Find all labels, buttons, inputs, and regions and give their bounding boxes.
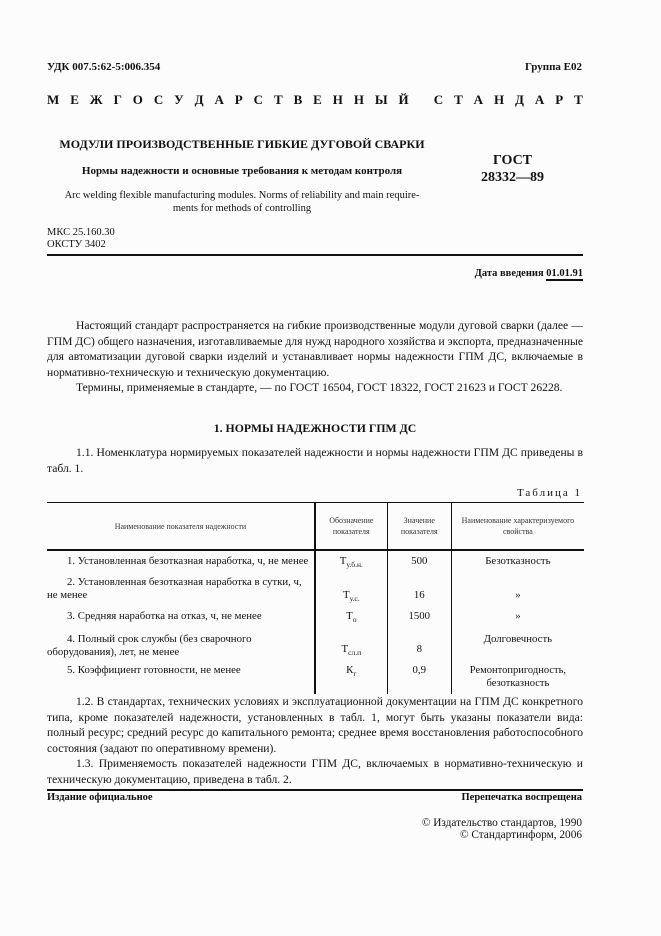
table-caption: Таблица 1: [517, 487, 582, 499]
footer-divider: [47, 789, 583, 791]
official-edition-label: Издание официальное: [47, 792, 153, 803]
reprint-prohibited-label: Перепечатка воспрещена: [462, 792, 582, 803]
banner-letter: Г: [114, 92, 122, 108]
indicator-property: Ремонтопригодность, безотказность: [451, 660, 584, 694]
indicator-name: 5. Коэффициент готовности, не менее: [47, 660, 315, 694]
document-title: МОДУЛИ ПРОИЗВОДСТВЕННЫЕ ГИБКИЕ ДУГОВОЙ С…: [47, 137, 437, 152]
col-header-property: Наименование характеризуемого свойства: [451, 503, 584, 551]
indicator-value: 8: [387, 628, 451, 660]
banner-letter: Н: [494, 92, 504, 108]
banner-letter: А: [535, 92, 544, 108]
banner-letter: Н: [354, 92, 364, 108]
indicator-symbol: Тсл.п: [315, 628, 387, 660]
clause-1-3-text: 1.3. Применяемость показателей надежност…: [47, 756, 583, 787]
indicator-symbol: Ту.с.: [315, 574, 387, 607]
introduction-date: Дата введения 01.01.91: [475, 268, 583, 279]
indicator-value: 500: [387, 550, 451, 574]
banner-letter: Ы: [375, 92, 388, 108]
banner-letter: Д: [195, 92, 204, 108]
banner-letter: Й: [399, 92, 409, 108]
intro-paragraph-1: Настоящий стандарт распространяется на г…: [47, 318, 583, 380]
indicator-value: 16: [387, 574, 451, 607]
banner-letter: Р: [555, 92, 563, 108]
banner-letter: С: [154, 92, 163, 108]
indicator-property: »: [451, 574, 584, 607]
intro-paragraph-2: Термины, применяемые в стандарте, — по Г…: [47, 380, 583, 396]
table-row: 5. Коэффициент готовности, не менее Кг 0…: [47, 660, 584, 694]
symbol-subscript: сл.п: [348, 648, 361, 657]
indicator-symbol: Кг: [315, 660, 387, 694]
banner-letter: М: [47, 92, 59, 108]
document-subtitle: Нормы надежности и основные требования к…: [47, 165, 437, 177]
copyright-line-1: © Издательство стандартов, 1990: [422, 817, 582, 829]
date-value: 01.01.91: [546, 268, 583, 281]
clauses-1-2-1-3: 1.2. В стандартах, технических условиях …: [47, 694, 583, 787]
table-row: 3. Средняя наработка на отказ, ч, не мен…: [47, 607, 584, 628]
banner-letter: Р: [235, 92, 243, 108]
intro-text: Настоящий стандарт распространяется на г…: [47, 318, 583, 396]
symbol-base: Т: [343, 589, 350, 601]
symbol-subscript: г: [353, 669, 356, 678]
indicator-value: 1500: [387, 607, 451, 628]
date-label: Дата введения: [475, 268, 544, 279]
banner-letter: Ж: [90, 92, 103, 108]
banner-letter: С: [254, 92, 263, 108]
mks-code: МКС 25.160.30: [47, 227, 115, 239]
english-title-line1: Arc welding flexible manufacturing modul…: [47, 189, 437, 202]
indicator-property: »: [451, 607, 584, 628]
banner-letter: А: [214, 92, 223, 108]
indicator-name: 4. Полный срок службы (без сварочного об…: [47, 628, 315, 660]
banner-letter: А: [474, 92, 483, 108]
symbol-subscript: о: [353, 615, 357, 624]
table-row: 2. Установленная безотказная наработка в…: [47, 574, 584, 607]
indicator-name: 2. Установленная безотказная наработка в…: [47, 574, 315, 607]
copyright-line-2: © Стандартинформ, 2006: [422, 829, 582, 841]
indicator-property: Долговечность: [451, 628, 584, 660]
col-header-symbol: Обозначение показателя: [315, 503, 387, 551]
indicator-symbol: Ту.б.н.: [315, 550, 387, 574]
banner-letter: С: [434, 92, 443, 108]
table-row: 1. Установленная безотказная наработка, …: [47, 550, 584, 574]
indicator-symbol: То: [315, 607, 387, 628]
banner-letter: Н: [333, 92, 343, 108]
table-header-row: Наименование показателя надежности Обозн…: [47, 503, 584, 551]
english-title-line2: ments for methods of controlling: [47, 202, 437, 215]
banner-letter: Е: [313, 92, 322, 108]
gost-label: ГОСТ: [460, 152, 565, 169]
header-divider: [47, 254, 583, 256]
clause-1-1: 1.1. Номенклатура нормируемых показателе…: [47, 445, 583, 476]
gost-designation: ГОСТ 28332—89: [460, 152, 565, 186]
okstu-code: ОКСТУ 3402: [47, 239, 115, 251]
indicator-value: 0,9: [387, 660, 451, 694]
banner-letter: У: [174, 92, 184, 108]
banner-letter: В: [294, 92, 303, 108]
banner-letter: [420, 92, 423, 108]
symbol-subscript: у.б.н.: [346, 560, 362, 569]
copyright-block: © Издательство стандартов, 1990 © Станда…: [422, 817, 582, 841]
interstate-standard-banner: МЕЖГОСУДАРСТВЕННЫЙ СТАНДАРТ: [47, 92, 583, 108]
clause-1-2-text: 1.2. В стандартах, технических условиях …: [47, 694, 583, 756]
col-header-indicator-name: Наименование показателя надежности: [47, 503, 315, 551]
banner-letter: Т: [574, 92, 583, 108]
english-title: Arc welding flexible manufacturing modul…: [47, 189, 437, 215]
col-header-value: Значение показателя: [387, 503, 451, 551]
section-1-heading: 1. НОРМЫ НАДЕЖНОСТИ ГПМ ДС: [47, 421, 583, 436]
banner-letter: О: [133, 92, 143, 108]
clause-1-1-text: 1.1. Номенклатура нормируемых показателе…: [47, 445, 583, 476]
banner-letter: Е: [70, 92, 79, 108]
classification-codes: МКС 25.160.30 ОКСТУ 3402: [47, 227, 115, 251]
reliability-table: Наименование показателя надежности Обозн…: [47, 502, 584, 694]
banner-letter: Д: [515, 92, 524, 108]
banner-letter: Т: [274, 92, 283, 108]
group-code: Группа Е02: [525, 61, 582, 73]
table-row: 4. Полный срок службы (без сварочного об…: [47, 628, 584, 660]
banner-letter: Т: [454, 92, 463, 108]
indicator-property: Безотказность: [451, 550, 584, 574]
symbol-subscript: у.с.: [350, 594, 360, 603]
gost-number: 28332—89: [460, 169, 565, 186]
symbol-base: Т: [346, 610, 353, 622]
indicator-name: 1. Установленная безотказная наработка, …: [47, 550, 315, 574]
udk-code: УДК 007.5:62-5:006.354: [47, 61, 160, 73]
indicator-name: 3. Средняя наработка на отказ, ч, не мен…: [47, 607, 315, 628]
